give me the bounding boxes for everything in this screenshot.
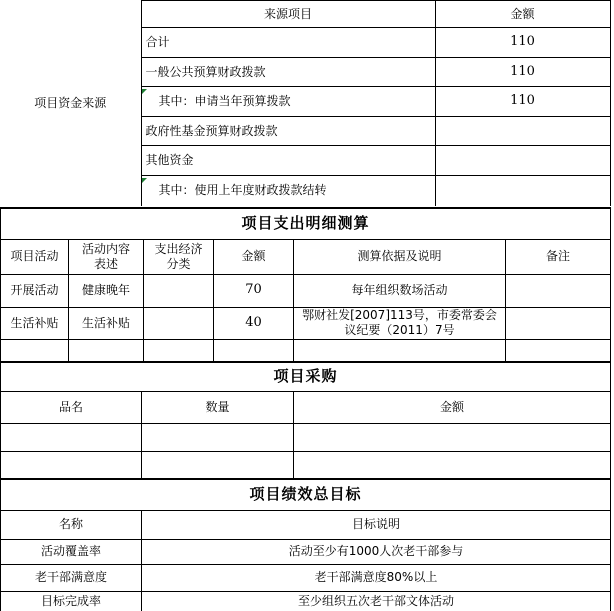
funding-source-cell[interactable]: 其中：使用上年度财政拨款结转 — [141, 176, 435, 206]
performance-title: 项目绩效总目标 — [1, 479, 611, 510]
procurement-header: 数量 — [142, 391, 294, 423]
performance-table: 项目绩效总目标 名称 目标说明 活动覆盖率 活动至少有1000人次老干部参与 老… — [0, 478, 611, 611]
procurement-header: 品名 — [1, 391, 142, 423]
expenditure-header: 备注 — [506, 239, 611, 274]
procurement-table: 项目采购 品名 数量 金额 — [0, 361, 611, 479]
procurement-cell[interactable] — [1, 423, 142, 451]
expenditure-cell[interactable]: 健康晚年 — [69, 274, 144, 307]
expenditure-cell[interactable]: 生活补贴 — [1, 307, 69, 339]
expenditure-cell[interactable] — [214, 339, 294, 362]
funding-source-cell[interactable]: 其他资金 — [141, 146, 435, 176]
performance-desc-cell[interactable]: 活动至少有1000人次老干部参与 — [142, 539, 611, 564]
expenditure-cell[interactable] — [506, 307, 611, 339]
error-flag-icon — [142, 178, 147, 183]
funding-amount-cell[interactable] — [435, 117, 610, 146]
procurement-cell[interactable] — [294, 451, 611, 479]
procurement-title: 项目采购 — [1, 362, 611, 391]
funding-amount-cell[interactable] — [435, 146, 610, 176]
funding-amount-cell[interactable]: 110 — [435, 28, 610, 58]
performance-desc-cell[interactable]: 至少组织五次老干部文体活动 — [142, 591, 611, 611]
expenditure-cell[interactable] — [1, 339, 69, 362]
performance-desc-cell[interactable]: 老干部满意度80%以上 — [142, 564, 611, 591]
error-flag-icon — [142, 89, 147, 94]
procurement-cell[interactable] — [142, 451, 294, 479]
expenditure-cell[interactable]: 40 — [214, 307, 294, 339]
performance-header: 名称 — [1, 510, 142, 539]
funding-row-label: 项目资金来源 — [0, 1, 141, 206]
expenditure-cell[interactable] — [506, 339, 611, 362]
expenditure-cell[interactable] — [144, 274, 214, 307]
expenditure-cell[interactable]: 每年组织数场活动 — [294, 274, 506, 307]
expenditure-cell[interactable] — [294, 339, 506, 362]
expenditure-header: 金额 — [214, 239, 294, 274]
expenditure-header: 测算依据及说明 — [294, 239, 506, 274]
expenditure-cell[interactable]: 70 — [214, 274, 294, 307]
expenditure-cell[interactable] — [144, 307, 214, 339]
funding-table: 项目资金来源 来源项目 金额 合计 110 一般公共预算财政拨款 110 其中：… — [0, 0, 611, 206]
spreadsheet-view: 项目资金来源 来源项目 金额 合计 110 一般公共预算财政拨款 110 其中：… — [0, 0, 614, 611]
funding-header-amount: 金额 — [435, 1, 610, 28]
expenditure-cell[interactable]: 鄂财社发[2007]113号，市委常委会 议纪要（2011）7号 — [294, 307, 506, 339]
performance-name-cell[interactable]: 目标完成率 — [1, 591, 142, 611]
performance-header: 目标说明 — [142, 510, 611, 539]
expenditure-cell[interactable]: 生活补贴 — [69, 307, 144, 339]
funding-source-cell[interactable]: 其中：申请当年预算拨款 — [141, 87, 435, 117]
expenditure-cell[interactable]: 开展活动 — [1, 274, 69, 307]
expenditure-cell[interactable] — [69, 339, 144, 362]
expenditure-table: 项目支出明细测算 项目活动 活动内容 表述 支出经济 分类 金额 测算依据及说明… — [0, 207, 611, 362]
funding-amount-cell[interactable] — [435, 176, 610, 206]
funding-source-cell[interactable]: 政府性基金预算财政拨款 — [141, 117, 435, 146]
expenditure-header: 活动内容 表述 — [69, 239, 144, 274]
funding-amount-cell[interactable]: 110 — [435, 58, 610, 87]
procurement-cell[interactable] — [1, 451, 142, 479]
funding-source-cell[interactable]: 一般公共预算财政拨款 — [141, 58, 435, 87]
funding-header-source: 来源项目 — [141, 1, 435, 28]
performance-name-cell[interactable]: 老干部满意度 — [1, 564, 142, 591]
performance-name-cell[interactable]: 活动覆盖率 — [1, 539, 142, 564]
funding-amount-cell[interactable]: 110 — [435, 87, 610, 117]
procurement-cell[interactable] — [142, 423, 294, 451]
expenditure-header: 支出经济 分类 — [144, 239, 214, 274]
procurement-header: 金额 — [294, 391, 611, 423]
expenditure-header: 项目活动 — [1, 239, 69, 274]
expenditure-cell[interactable] — [144, 339, 214, 362]
funding-source-cell[interactable]: 合计 — [141, 28, 435, 58]
expenditure-title: 项目支出明细测算 — [1, 208, 611, 239]
procurement-cell[interactable] — [294, 423, 611, 451]
expenditure-cell[interactable] — [506, 274, 611, 307]
